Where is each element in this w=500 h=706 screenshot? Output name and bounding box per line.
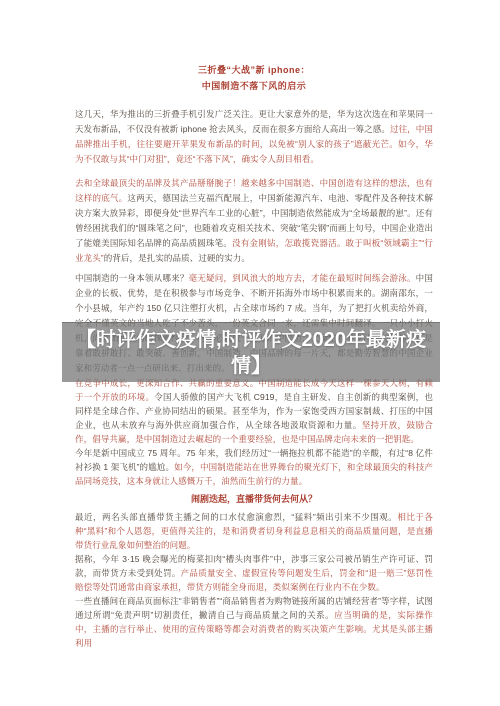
article-title-line2: 中国制造不落下风的启示 [75,78,433,94]
article-title-line1: 三折叠“大战”新 iphone： [75,62,433,78]
section-heading: 闹剧迭起，直播带货何去何从？ [75,493,433,506]
paragraph: 去和全球最顶尖的品牌及其产品掰掰腕子！越来越多中国制造、中国创造有这样的想法，也… [75,176,433,266]
paragraph: 一些直播间在商品页面标注“非销售者”“商品销售者为购物链接所属的店铺经营者”等字… [75,594,433,650]
paragraph: 在竞争中成长，更深知合作、共赢的重要意义。中国制造能长成今天这样一棵参天大树，有… [75,376,433,446]
watermark-text: 【时评作文疫情,时评作文2020年最新疫情】 [68,327,434,379]
article-title: 三折叠“大战”新 iphone： 中国制造不落下风的启示 [75,62,433,94]
paragraph: 今年是新中国成立 75 周年。75 年来，我们经历过“一辆拖拉机都不能造”的辛酸… [75,446,433,488]
paragraph: 据称，今年 3·15 晚会曝光的梅菜扣肉“槽头肉事件”中，涉事三家公司被吊销生产… [75,552,433,594]
paragraph: 最近，两名头部直播带货主播之间的口水仗愈演愈烈，“猛料”频出引来不少围观。相比于… [75,510,433,552]
document-page: 三折叠“大战”新 iphone： 中国制造不落下风的启示 这几天，华为推出的三折… [0,0,500,706]
paragraph: 这几天，华为推出的三折叠手机引发广泛关注。更让大家意外的是，华为这次选在和苹果同… [75,107,433,167]
watermark-overlay: 【时评作文疫情,时评作文2020年最新疫情】 [62,322,440,382]
